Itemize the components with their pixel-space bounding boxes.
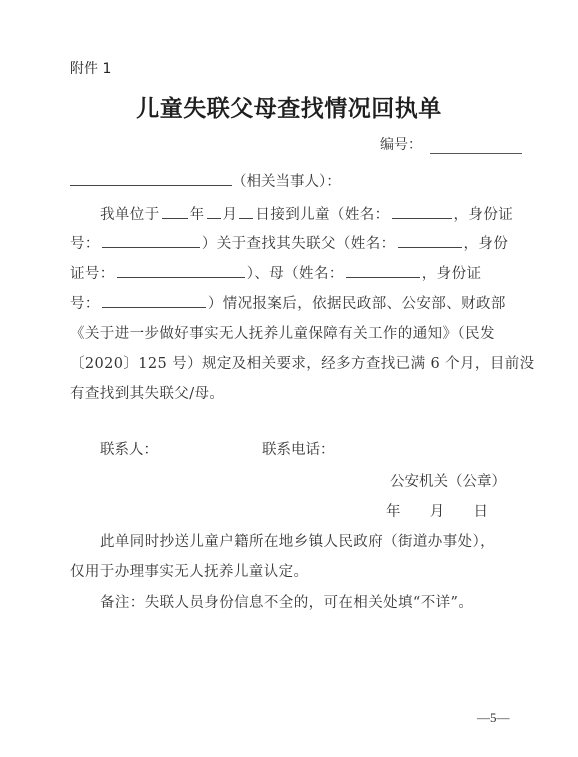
addressee-blank[interactable] (70, 171, 232, 186)
body-text: 月 (223, 207, 238, 223)
serial-number-blank[interactable] (430, 139, 522, 154)
addressee-suffix: （相关当事人）： (232, 174, 341, 190)
body-line-7: 有查找到其失联父/母。 (70, 382, 510, 403)
day-blank[interactable] (239, 204, 253, 219)
body-line-4: 号：）情况报案后，依据民政部、公安部、财政部 (70, 292, 510, 313)
document-title: 儿童失联父母查找情况回执单 (0, 90, 578, 123)
date-year-label: 年 (386, 504, 401, 520)
body-line-6: 〔2020〕125 号）规定及相关要求，经多方查找已满 6 个月，目前没 (70, 352, 510, 373)
serial-number-field: 编号： (380, 134, 522, 154)
serial-number-label: 编号： (380, 137, 422, 153)
year-blank[interactable] (162, 204, 188, 219)
note-line: 备注：失联人员身份信息不全的，可在相关处填“不详”。 (100, 591, 540, 612)
cc-line-2: 仅用于办理事实无人抚养儿童认定。 (70, 560, 510, 581)
month-blank[interactable] (207, 204, 221, 219)
father-name-blank[interactable] (398, 233, 462, 248)
body-text: ，身份证 (422, 266, 482, 282)
body-text: 日接到儿童（姓名： (255, 207, 389, 223)
body-line-5: 《关于进一步做好事实无人抚养儿童保障有关工作的通知》（民发 (70, 322, 510, 343)
issuer-seal-label: 公安机关（公章） (390, 470, 506, 491)
body-line-2: 号：）关于查找其失联父（姓名：，身份 (70, 232, 510, 253)
cc-line-1: 此单同时抄送儿童户籍所在地乡镇人民政府（街道办事处）， (100, 530, 520, 551)
addressee-line: （相关当事人）： (70, 170, 341, 191)
body-text: 号： (70, 236, 100, 252)
date-month-label: 月 (430, 504, 445, 520)
attachment-label: 附件 1 (70, 58, 111, 78)
body-text: 年 (190, 207, 205, 223)
body-line-3: 证号：）、母（姓名：，身份证 (70, 262, 510, 283)
father-id-blank[interactable] (117, 263, 245, 278)
body-line-1: 我单位于年月日接到儿童（姓名：，身份证 (100, 203, 540, 224)
body-text: ，身份证 (454, 207, 514, 223)
body-text: ）、母（姓名： (247, 266, 344, 282)
body-text: ）情况报案后，依据民政部、公安部、财政部 (208, 296, 506, 312)
body-text: ）关于查找其失联父（姓名： (202, 236, 396, 252)
issue-date: 年 月 日 (386, 500, 488, 521)
body-text: 证号： (70, 266, 115, 282)
mother-name-blank[interactable] (346, 263, 420, 278)
contact-person-label: 联系人： (100, 438, 158, 459)
mother-id-blank[interactable] (102, 293, 206, 308)
child-name-blank[interactable] (392, 204, 452, 219)
date-day-label: 日 (473, 504, 488, 520)
body-text: 号： (70, 296, 100, 312)
page-number: —5— (477, 710, 510, 726)
body-text: ，身份 (464, 236, 509, 252)
contact-phone-label: 联系电话： (262, 438, 335, 459)
body-text: 我单位于 (100, 207, 160, 223)
child-id-blank[interactable] (102, 233, 200, 248)
